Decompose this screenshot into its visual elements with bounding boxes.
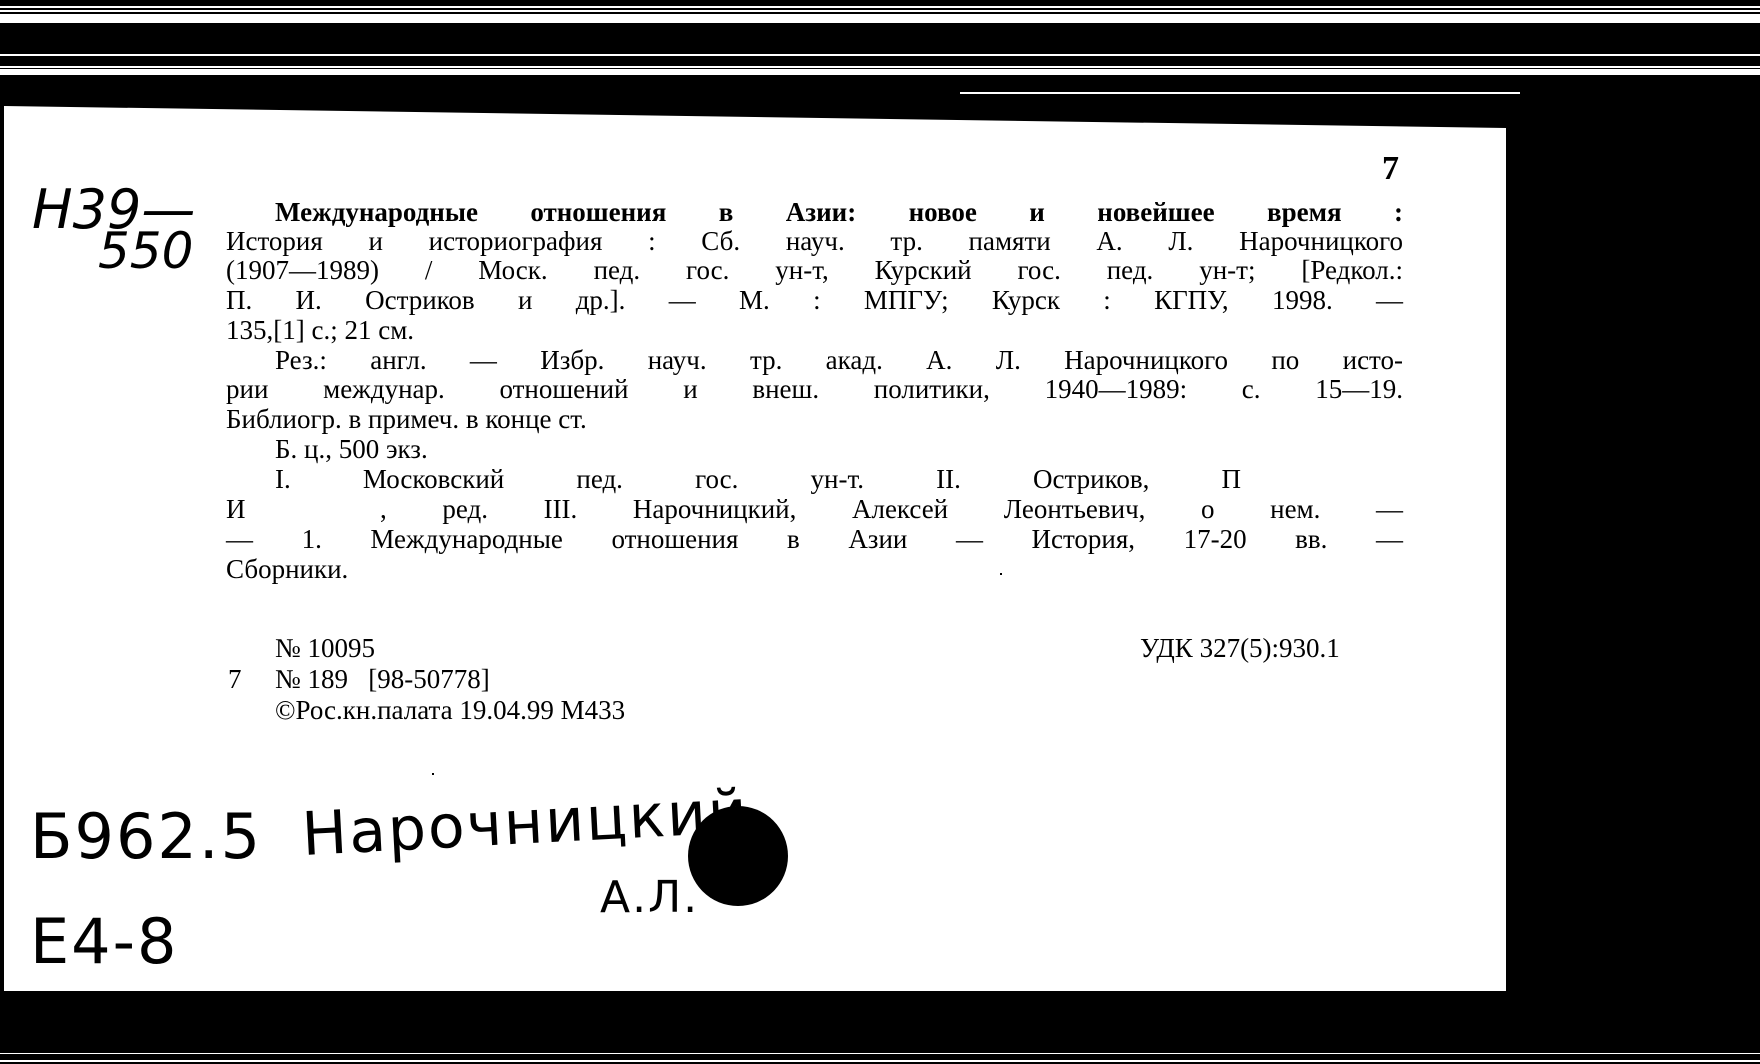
- entry-title-line: Международные отношения в Азии: новое и …: [275, 197, 1403, 227]
- handwritten-classification-code: Б962.5: [30, 800, 262, 873]
- tracing-line-initial: И: [226, 494, 246, 524]
- note-line: Библиогр. в примеч. в конце ст.: [226, 404, 587, 434]
- entry-line: (1907—1989) / Моск. пед. гос. ун-т, Курс…: [226, 255, 1403, 285]
- handwritten-shelf-mark-line2: 550: [98, 222, 193, 280]
- scan-stripe: [0, 14, 1760, 23]
- entry-line: История и историография : Сб. науч. тр. …: [226, 226, 1403, 256]
- tracing-line: — 1. Международные отношения в Азии — Ис…: [226, 524, 1403, 554]
- record-number: № 10095: [275, 633, 375, 663]
- note-line: рии междунар. отношений и внеш. политики…: [226, 374, 1403, 404]
- scan-stage: 7 Н39— 550 Международные отношения в Ази…: [0, 0, 1760, 1064]
- entry-line: П. И. Остриков и др.]. — М. : МПГУ; Курс…: [226, 285, 1403, 315]
- scan-stripe: [0, 1053, 1760, 1054]
- issue-prefix: 7: [228, 664, 242, 694]
- scan-stripe: [0, 6, 1760, 8]
- handwritten-initials: А.Л.: [600, 872, 699, 923]
- note-line: Рез.: англ. — Избр. науч. тр. акад. А. Л…: [275, 345, 1403, 375]
- punch-hole-mark: [688, 806, 788, 906]
- scan-stripe: [960, 92, 1520, 94]
- scan-stripe: [0, 10, 1760, 12]
- entry-line: 135,[1] с.; 21 см.: [226, 315, 414, 345]
- scan-stripe: [0, 66, 1760, 68]
- tracing-line: I. Московский пед. гос. ун-т. II. Острик…: [275, 464, 1241, 494]
- imprint-line: ©Рос.кн.палата 19.04.99 М433: [275, 695, 625, 725]
- issue-number: № 189 [98-50778]: [275, 664, 490, 694]
- handwritten-classification-code-2: Е4-8: [30, 905, 178, 978]
- price-line: Б. ц., 500 экз.: [275, 434, 428, 464]
- scan-stripe: [0, 54, 1760, 56]
- scan-speck: [1000, 573, 1002, 575]
- scan-stripe: [0, 1060, 1760, 1062]
- tracing-line: , ред. III. Нарочницкий, Алексей Леонтье…: [380, 494, 1403, 524]
- tracing-line: Сборники.: [226, 554, 348, 584]
- card-number: 7: [1382, 150, 1399, 188]
- udc-code: УДК 327(5):930.1: [1140, 633, 1340, 663]
- scan-speck: [432, 773, 434, 775]
- scan-stripe: [0, 69, 1760, 75]
